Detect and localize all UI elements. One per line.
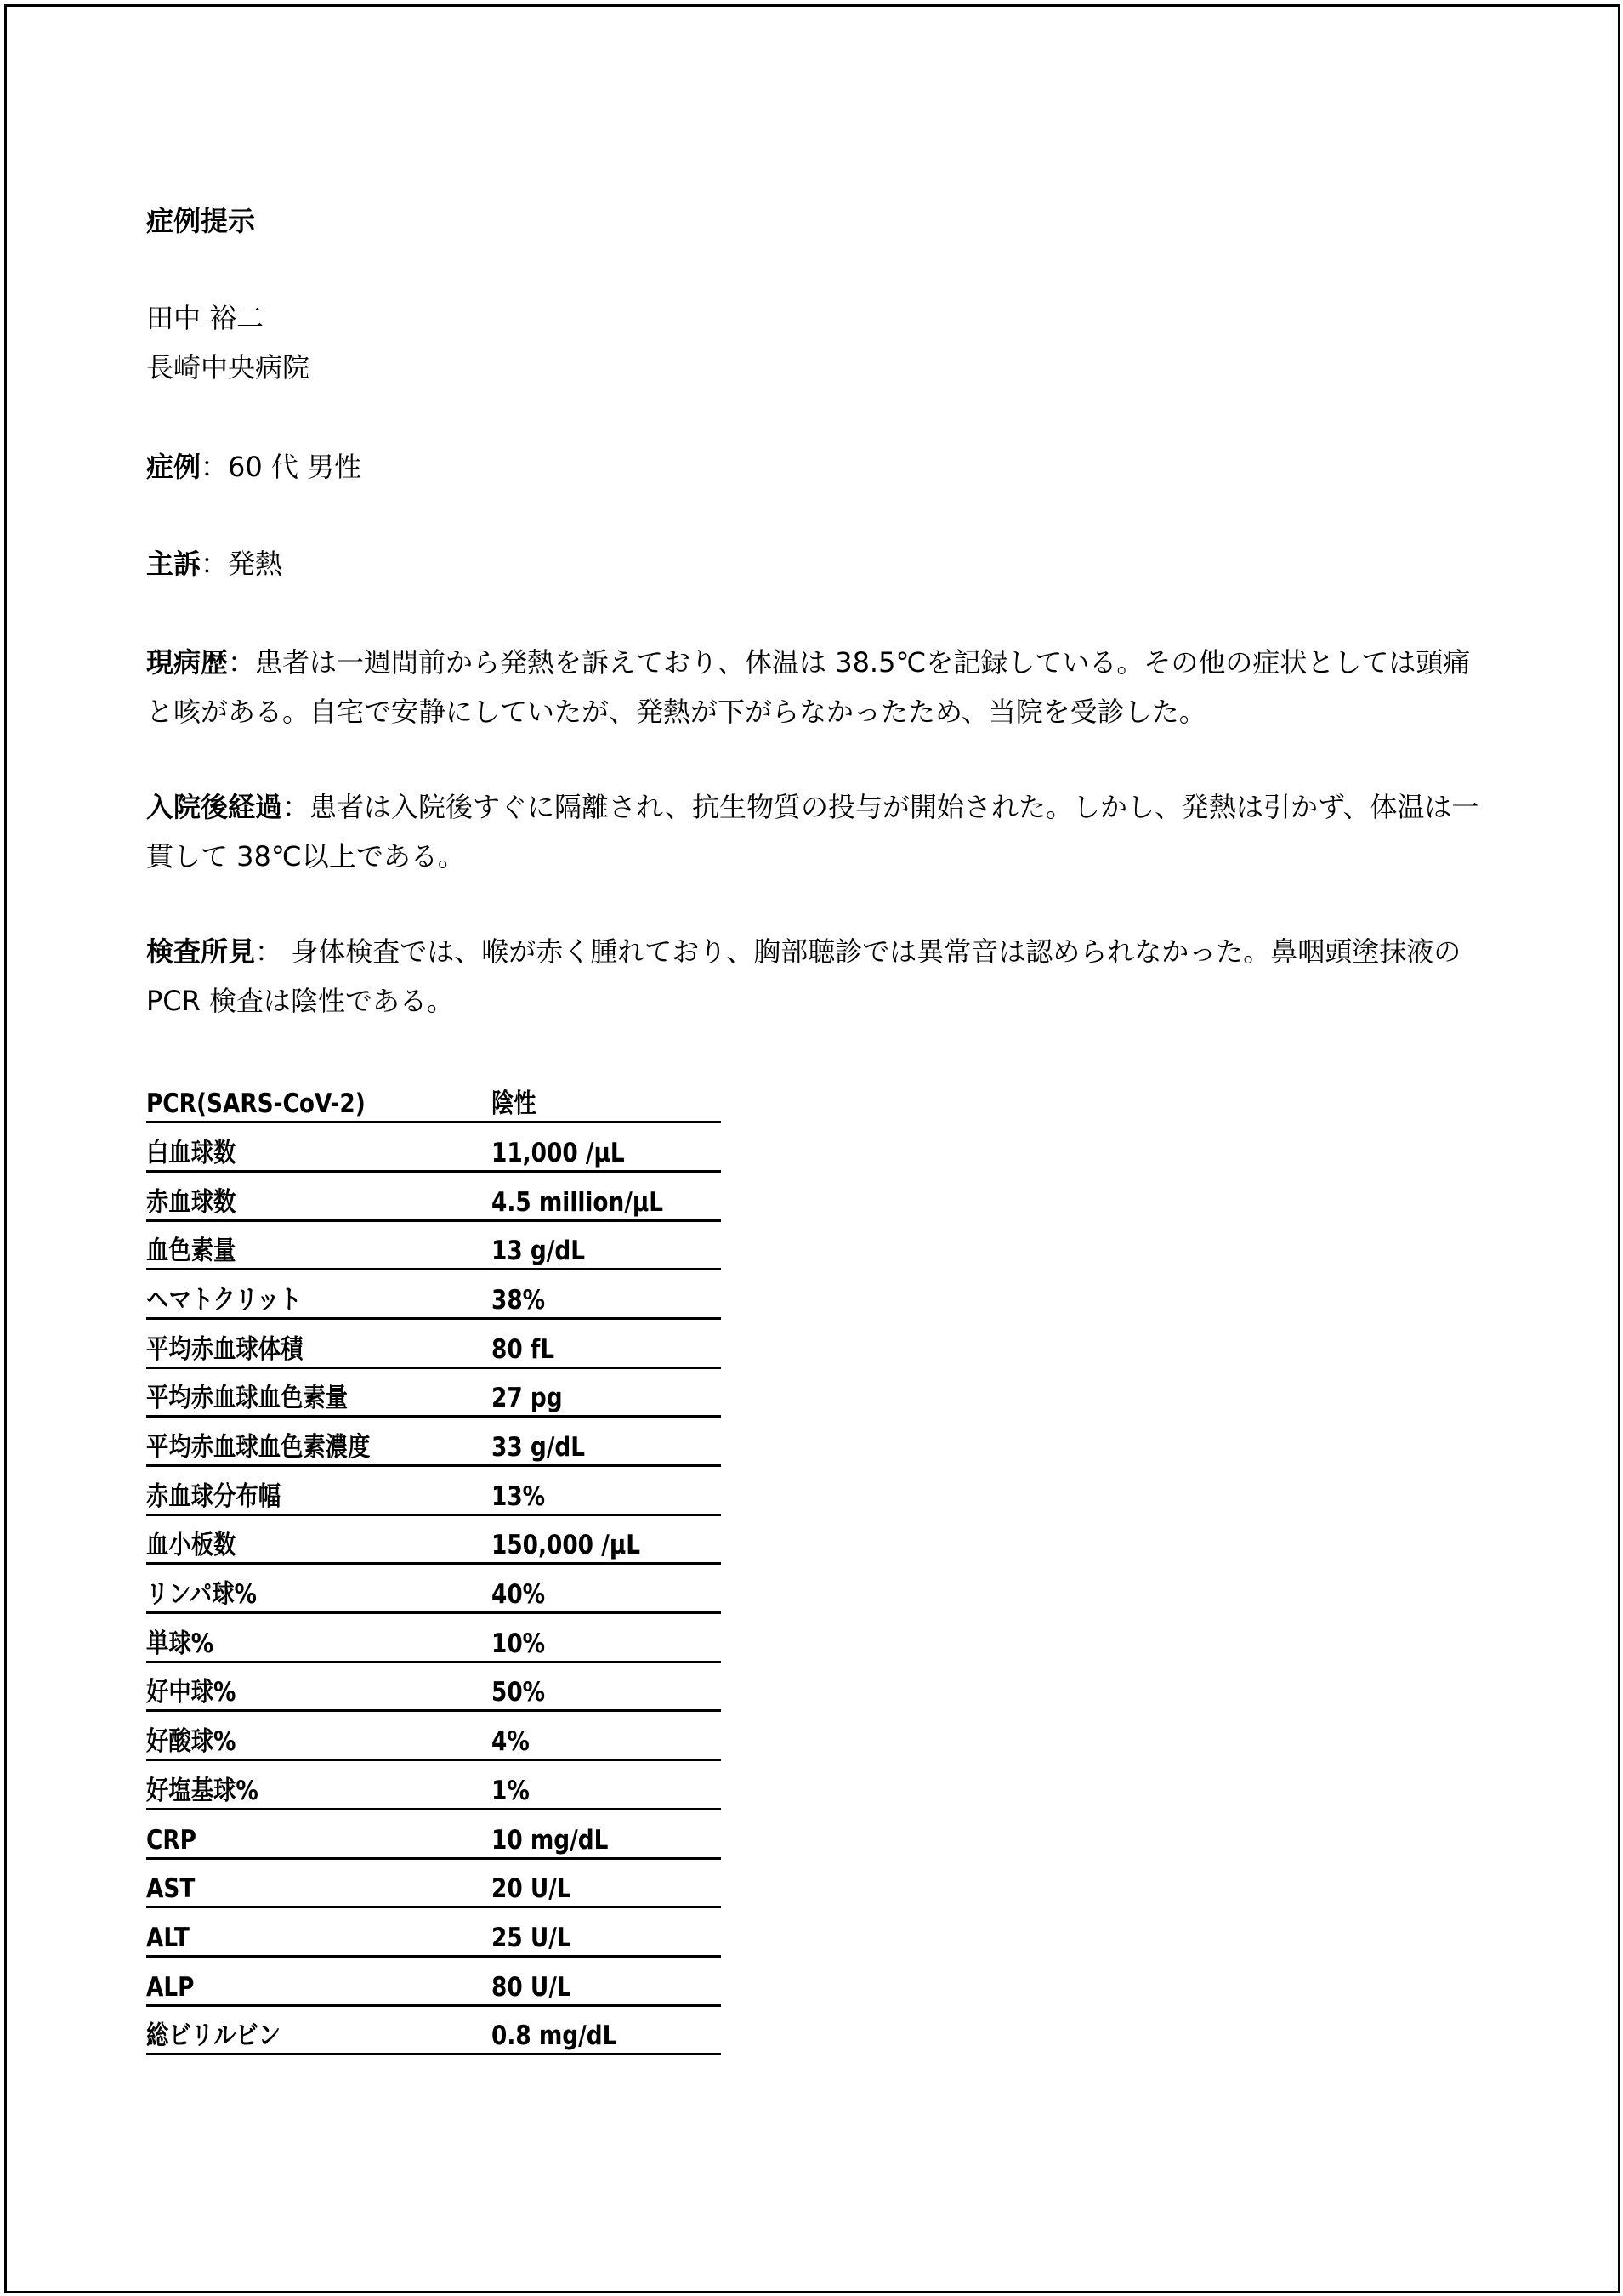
lab-row: AST20 U/L xyxy=(146,1858,721,1907)
lab-test-name: 平均赤血球血色素量 xyxy=(146,1367,440,1417)
field-label: 主訴 xyxy=(146,548,201,580)
lab-row: 血色素量13 g/dL xyxy=(146,1220,721,1270)
lab-row: 平均赤血球血色素濃度33 g/dL xyxy=(146,1417,721,1466)
lab-test-value: 50% xyxy=(491,1662,687,1711)
lab-test-name: 平均赤血球体積 xyxy=(146,1318,440,1367)
lab-test-value: 4.5 million/μL xyxy=(491,1171,687,1220)
lab-test-name: 血色素量 xyxy=(146,1220,440,1270)
lab-row: 赤血球分布幅13% xyxy=(146,1466,721,1515)
lab-row: 平均赤血球体積80 fL xyxy=(146,1318,721,1367)
lab-test-name: 好酸球% xyxy=(146,1711,440,1760)
field-separator: ： xyxy=(282,791,309,823)
lab-test-value: 38% xyxy=(491,1270,687,1319)
lab-row: ヘマトクリット38% xyxy=(146,1270,721,1319)
lab-test-name: 単球% xyxy=(146,1613,440,1662)
lab-test-value: 11,000 /μL xyxy=(491,1122,687,1172)
lab-test-value: 40% xyxy=(491,1564,687,1613)
lab-row: 総ビリルビン0.8 mg/dL xyxy=(146,2005,721,2054)
lab-row: 平均赤血球血色素量27 pg xyxy=(146,1367,721,1417)
field-text: 発熱 xyxy=(228,548,282,580)
lab-row: 好中球%50% xyxy=(146,1662,721,1711)
field-exam-findings: 検査所見： 身体検査では、喉が赤く腫れており、胸部聴診では異常音は認められなかっ… xyxy=(146,927,1490,1026)
field-case: 症例：60 代 男性 xyxy=(146,442,1490,492)
lab-row: 好酸球%4% xyxy=(146,1711,721,1760)
lab-row: 赤血球数4.5 million/μL xyxy=(146,1171,721,1220)
lab-test-value: 150,000 /μL xyxy=(491,1515,687,1564)
lab-test-name: ALP xyxy=(146,1956,440,2005)
lab-test-name: 総ビリルビン xyxy=(146,2005,440,2054)
field-label: 症例 xyxy=(146,451,201,483)
lab-row: リンパ球%40% xyxy=(146,1564,721,1613)
field-separator: ： xyxy=(255,935,282,968)
lab-row: 白血球数11,000 /μL xyxy=(146,1122,721,1172)
lab-test-name: 赤血球数 xyxy=(146,1171,440,1220)
lab-row: ALP80 U/L xyxy=(146,1956,721,2005)
lab-test-name: リンパ球% xyxy=(146,1564,440,1613)
field-text: 60 代 男性 xyxy=(228,451,361,483)
field-separator: ： xyxy=(201,548,228,580)
lab-test-value: 25 U/L xyxy=(491,1907,687,1957)
lab-test-value: 20 U/L xyxy=(491,1858,687,1907)
field-text: 身体検査では、喉が赤く腫れており、胸部聴診では異常音は認められなかった。鼻咽頭塗… xyxy=(146,935,1461,1017)
lab-test-value: 80 fL xyxy=(491,1318,687,1367)
field-separator: ： xyxy=(201,451,228,483)
lab-row: CRP10 mg/dL xyxy=(146,1809,721,1858)
lab-test-value: 陰性 xyxy=(491,1073,687,1122)
lab-test-name: ヘマトクリット xyxy=(146,1270,440,1319)
lab-test-value: 13 g/dL xyxy=(491,1220,687,1270)
lab-test-name: 好塩基球% xyxy=(146,1760,440,1810)
document-title: 症例提示 xyxy=(146,202,255,240)
field-chief-complaint: 主訴：発熱 xyxy=(146,539,1490,588)
lab-test-name: 白血球数 xyxy=(146,1122,440,1172)
lab-row: 単球%10% xyxy=(146,1613,721,1662)
lab-test-value: 0.8 mg/dL xyxy=(491,2005,687,2054)
lab-test-name: CRP xyxy=(146,1809,440,1858)
lab-row: ALT25 U/L xyxy=(146,1907,721,1957)
lab-test-value: 10% xyxy=(491,1613,687,1662)
lab-test-name: 赤血球分布幅 xyxy=(146,1466,440,1515)
field-text: 患者は入院後すぐに隔離され、抗生物質の投与が開始された。しかし、発熱は引かず、体… xyxy=(146,791,1478,872)
lab-test-name: 血小板数 xyxy=(146,1515,440,1564)
lab-row: 好塩基球%1% xyxy=(146,1760,721,1810)
lab-test-value: 80 U/L xyxy=(491,1956,687,2005)
field-hospital-course: 入院後経過：患者は入院後すぐに隔離され、抗生物質の投与が開始された。しかし、発熱… xyxy=(146,782,1490,881)
lab-test-name: PCR(SARS-CoV-2) xyxy=(146,1073,440,1122)
lab-test-value: 1% xyxy=(491,1760,687,1810)
lab-row: PCR(SARS-CoV-2)陰性 xyxy=(146,1073,721,1122)
field-label: 現病歴 xyxy=(146,646,228,679)
lab-results-table: PCR(SARS-CoV-2)陰性白血球数11,000 /μL赤血球数4.5 m… xyxy=(146,1073,721,2055)
lab-test-value: 13% xyxy=(491,1466,687,1515)
lab-test-name: AST xyxy=(146,1858,440,1907)
field-text: 患者は一週間前から発熱を訴えており、体温は 38.5℃を記録している。その他の症… xyxy=(146,646,1470,728)
field-label: 検査所見 xyxy=(146,935,255,968)
field-separator: ： xyxy=(228,646,255,679)
lab-test-name: ALT xyxy=(146,1907,440,1957)
lab-test-value: 10 mg/dL xyxy=(491,1809,687,1858)
lab-test-value: 33 g/dL xyxy=(491,1417,687,1466)
lab-test-value: 27 pg xyxy=(491,1367,687,1417)
author-affiliation: 長崎中央病院 xyxy=(146,349,309,386)
lab-test-name: 好中球% xyxy=(146,1662,440,1711)
lab-test-value: 4% xyxy=(491,1711,687,1760)
field-label: 入院後経過 xyxy=(146,791,282,823)
lab-row: 血小板数150,000 /μL xyxy=(146,1515,721,1564)
field-history-present-illness: 現病歴：患者は一週間前から発熱を訴えており、体温は 38.5℃を記録している。そ… xyxy=(146,638,1490,736)
lab-test-name: 平均赤血球血色素濃度 xyxy=(146,1417,440,1466)
author-name: 田中 裕二 xyxy=(146,299,264,337)
